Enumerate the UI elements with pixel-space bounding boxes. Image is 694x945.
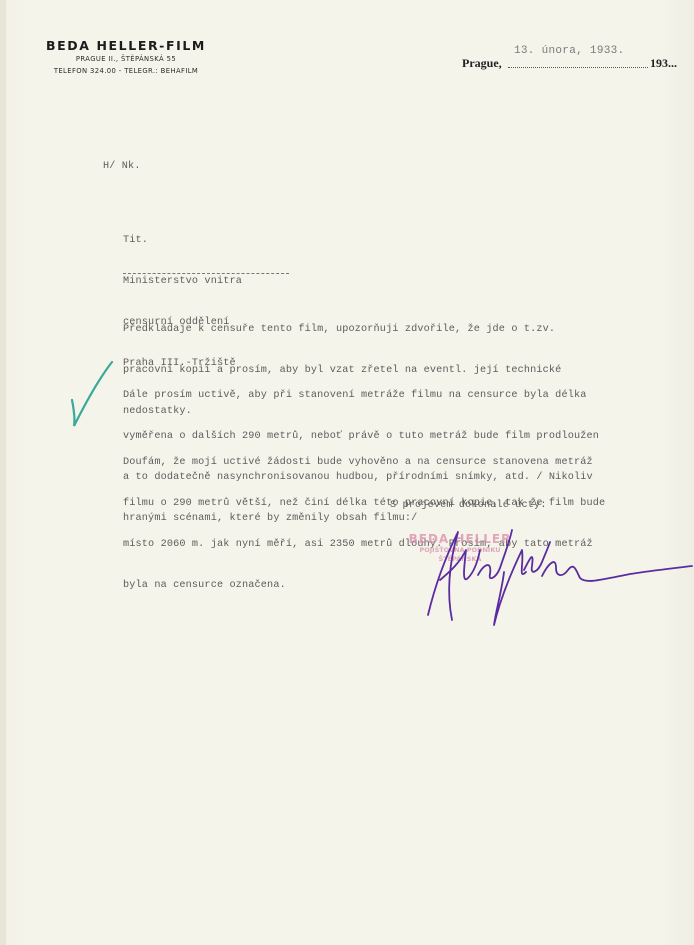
body-line: Doufám, že mojí uctivé žádosti bude vyho… (123, 456, 605, 470)
letter-page: BEDA HELLER-FILM PRAGUE II., ŠTĚPÁNSKÁ 5… (0, 0, 694, 945)
paper-edge (0, 0, 6, 945)
letterhead: BEDA HELLER-FILM PRAGUE II., ŠTĚPÁNSKÁ 5… (26, 38, 226, 77)
typed-date: 13. února, 1933. (514, 45, 624, 57)
reference-initials: H/ Nk. (103, 160, 141, 174)
date-dotted-line (508, 67, 648, 68)
recipient-line: Tit. (123, 234, 242, 248)
date-year: 193... (650, 56, 677, 71)
signature-icon (400, 520, 694, 630)
recipient-underline (123, 273, 289, 274)
checkmark-icon (66, 358, 116, 433)
body-line: Předkládaje k censuře tento film, upozor… (123, 323, 561, 337)
company-name: BEDA HELLER-FILM (26, 38, 226, 53)
dateline: 13. února, 1933. Prague, 193... (462, 45, 682, 75)
company-address: PRAGUE II., ŠTĚPÁNSKÁ 55 (26, 53, 226, 65)
closing-salutation: S projevem dokonalé úcty: (390, 499, 547, 513)
date-city: Prague, (462, 56, 502, 71)
body-line: Dále prosím uctivě, aby při stanovení me… (123, 389, 599, 403)
recipient-line: Ministerstvo vnitra (123, 275, 242, 289)
company-phone: TELEFON 324.00 - TELEGR.: BEHAFILM (20, 65, 232, 77)
